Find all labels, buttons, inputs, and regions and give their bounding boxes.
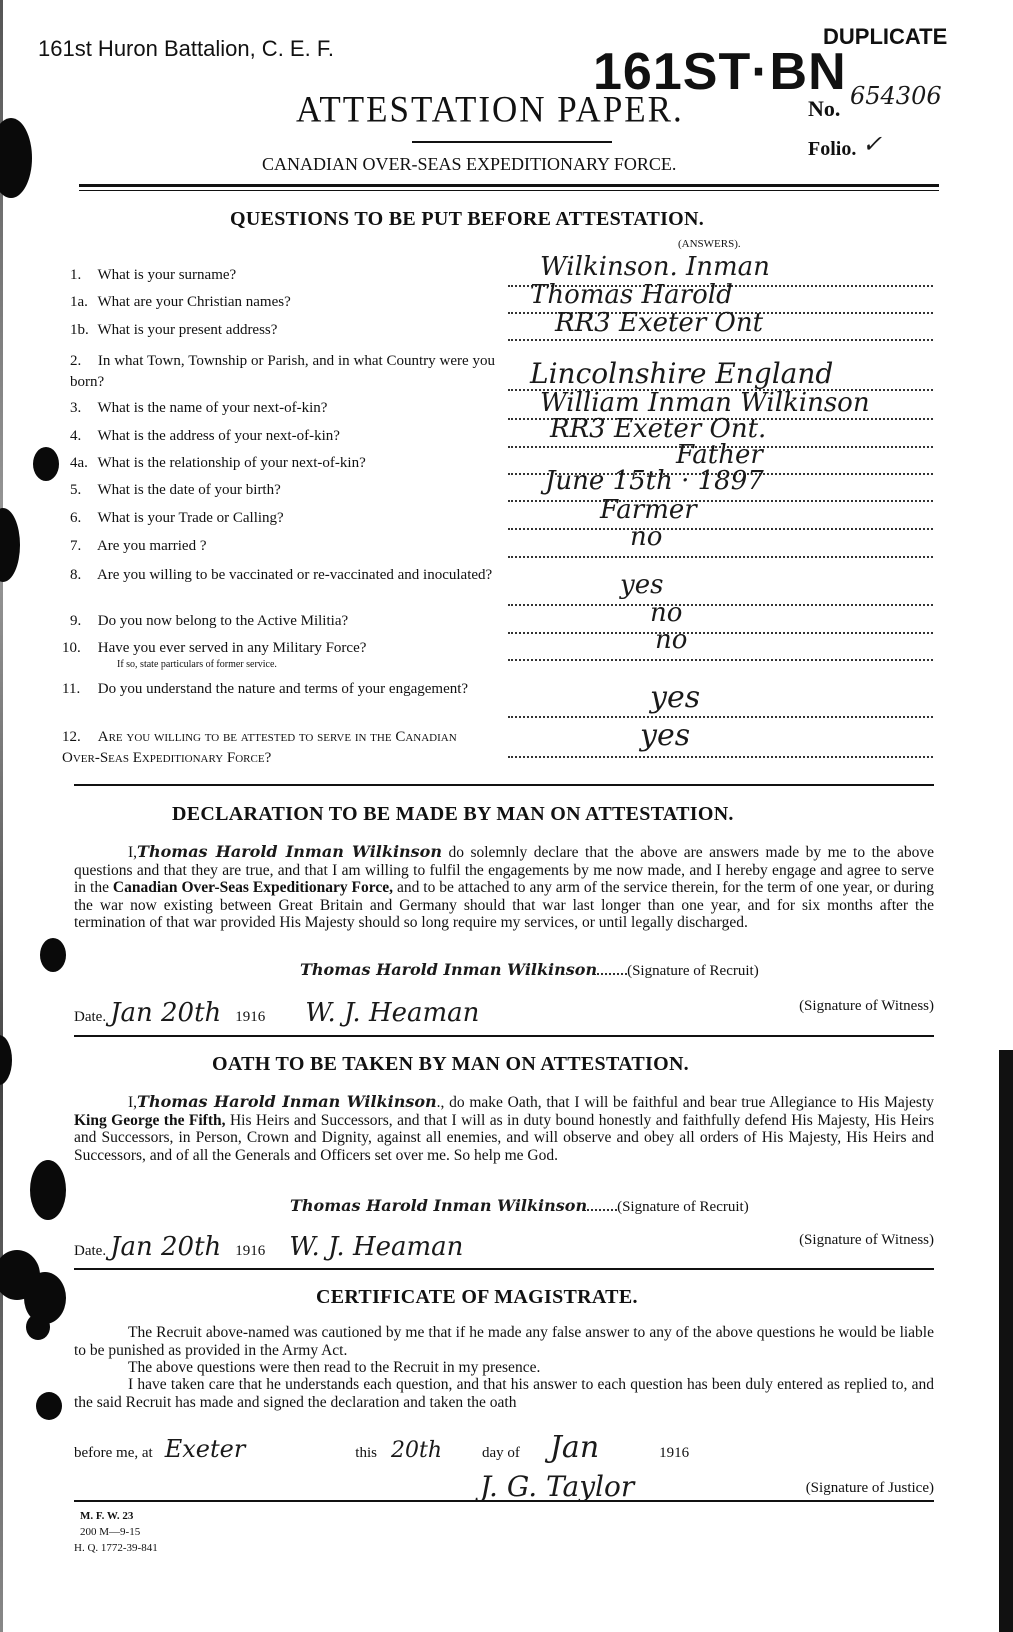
question-number: 10. [62,638,94,659]
attestation-month: Jan [520,1430,659,1465]
duplicate-stamp: DUPLICATE [823,24,947,50]
question-text: What are your Christian names? [97,294,290,310]
question-text: Are you willing to be vaccinated or re-v… [97,567,492,583]
question-number: 8. [70,565,94,586]
answer-birthplace: Lincolnshire England [530,357,833,390]
answer-line [508,499,933,502]
answer-surname: Wilkinson. Inman [540,252,770,282]
signature-label: (Signature of Witness) [799,998,934,1015]
question-item: 4. What is the address of your next-of-k… [70,426,495,447]
oath-name: Thomas Harold Inman Wilkinson [137,1092,437,1111]
declaration-text: I,Thomas Harold Inman Wilkinson do solem… [74,843,934,932]
oath-king-name: King George the Fifth, [74,1112,226,1129]
punch-hole [36,1392,62,1420]
oath-text: I,Thomas Harold Inman Wilkinson., do mak… [74,1093,934,1164]
question-item: 1. What is your surname? [70,265,495,286]
question-number: 5. [70,480,94,501]
recruit-signature: Thomas Harold Inman Wilkinson [290,1196,587,1215]
attestation-year: 1916 [659,1445,689,1461]
answer-line [508,658,933,661]
divider [79,184,939,187]
question-number: 3. [70,398,94,419]
question-number: 2. [70,351,94,372]
hq-reference: H. Q. 1772-39-841 [74,1540,158,1556]
question-item: 1b. What is your present address? [70,320,495,341]
divider [412,141,612,143]
question-item: 11. Do you understand the nature and ter… [62,679,495,700]
justice-signature-row: J. G. Taylor(Signature of Justice) [420,1470,934,1503]
question-item: 8. Are you willing to be vaccinated or r… [70,565,495,586]
date-label: Date. [74,1009,106,1025]
form-code: M. F. W. 23 [74,1508,158,1524]
punch-hole [0,118,32,198]
question-item: 2. In what Town, Township or Parish, and… [70,351,495,393]
divider [74,1500,934,1502]
answer-line [508,603,933,606]
answer-line [508,555,933,558]
witness-signature: W. J. Heaman [265,998,479,1028]
question-text: Do you understand the nature and terms o… [98,681,468,697]
page-edge-shadow [999,1050,1013,1632]
question-text: What is the relationship of your next-of… [97,455,365,471]
punch-hole [30,1160,66,1220]
oath-date-row: Date.Jan 20th1916W. J. Heaman(Signature … [74,1232,934,1262]
answer-military-force: no [655,625,687,655]
punch-hole [33,447,59,481]
question-text: What is the date of your birth? [97,482,280,498]
signature-label: (Signature of Witness) [799,1232,934,1249]
oath-date: Jan 20th [106,1232,235,1262]
answer-line [508,631,933,634]
regimental-number: 654306 [850,82,942,110]
question-text: What is your Trade or Calling? [97,510,283,526]
question-item: 10. Have you ever served in any Military… [62,638,487,671]
answer-willing-to-serve: yes [640,718,690,753]
question-item: 3. What is the name of your next-of-kin? [70,398,495,419]
question-text: What is your surname? [97,267,236,283]
magistrate-place-date-row: before me, atExeterthis20thday ofJan1916 [74,1430,944,1465]
date-label: Date. [74,1243,106,1259]
question-subtext: If so, state particulars of former servi… [62,659,487,671]
oath-recruit-signature-row: Thomas Harold Inman Wilkinson(Signature … [290,1196,749,1216]
questions-heading: QUESTIONS TO BE PUT BEFORE ATTESTATION. [230,208,704,231]
question-text: What is your present address? [97,322,277,338]
answer-vaccinated: yes [620,570,663,600]
answer-married: no [630,522,662,552]
document-title: ATTESTATION PAPER. [296,89,684,131]
question-number: 4a. [70,453,94,474]
folio-checkmark: ✓ [862,130,882,158]
question-number: 1a. [70,292,94,313]
number-label: No. [808,96,840,122]
question-number: 4. [70,426,94,447]
question-number: 11. [62,679,94,700]
question-number: 7. [70,536,94,557]
answer-christian-names: Thomas Harold [530,280,733,310]
question-text: Are you willing to be attested to serve … [62,729,457,766]
declaration-name: Thomas Harold Inman Wilkinson [137,842,442,861]
question-item: 9. Do you now belong to the Active Milit… [70,611,495,632]
oath-heading: OATH TO BE TAKEN BY MAN ON ATTESTATION. [212,1053,689,1076]
answer-active-militia: no [650,598,682,628]
question-item: 7. Are you married ? [70,536,495,557]
question-item: 1a. What are your Christian names? [70,292,495,313]
declaration-year: 1916 [235,1009,265,1025]
declaration-date: Jan 20th [106,998,235,1028]
answer-line [508,715,933,718]
question-number: 12. [62,727,94,748]
declaration-prefix: I, [128,844,137,861]
signature-label: (Signature of Recruit) [617,1199,749,1215]
recruit-signature: Thomas Harold Inman Wilkinson [300,960,597,979]
signature-label: (Signature of Recruit) [627,963,759,979]
question-text: Are you married ? [97,538,207,554]
justice-signature: J. G. Taylor [420,1470,634,1503]
answer-understand-terms: yes [650,680,700,715]
signature-label: (Signature of Justice) [806,1480,934,1497]
this-label: this [355,1445,377,1461]
punch-hole [0,508,20,582]
declaration-heading: DECLARATION TO BE MADE BY MAN ON ATTESTA… [172,803,734,826]
punch-hole [40,938,66,972]
question-text: In what Town, Township or Parish, and in… [70,353,495,390]
question-text: Do you now belong to the Active Militia? [98,613,348,629]
answer-present-address: RR3 Exeter Ont [555,308,763,338]
attestation-day: 20th [377,1438,482,1463]
question-item: 12. Are you willing to be attested to se… [62,727,482,769]
question-item: 6. What is your Trade or Calling? [70,508,495,529]
divider [74,784,934,786]
oath-body: ., do make Oath, that I will be faithful… [437,1094,934,1111]
question-text: What is the address of your next-of-kin? [97,428,339,444]
magistrate-text-3: I have taken care that he understands ea… [74,1376,934,1411]
question-text: What is the name of your next-of-kin? [97,400,327,416]
punch-hole [0,1035,12,1085]
document-subtitle: CANADIAN OVER-SEAS EXPEDITIONARY FORCE. [262,154,676,175]
question-item: 4a. What is the relationship of your nex… [70,453,495,474]
question-item: 5. What is the date of your birth? [70,480,495,501]
question-number: 1b. [70,320,94,341]
declaration-recruit-signature-row: Thomas Harold Inman Wilkinson(Signature … [300,960,759,980]
answer-line [508,755,933,758]
print-run: 200 M—9-15 [74,1524,158,1540]
before-label: before me, at [74,1445,153,1461]
magistrate-text-1: The Recruit above-named was cautioned by… [74,1324,934,1359]
question-number: 6. [70,508,94,529]
magistrate-text-2: The above questions were then read to th… [74,1359,934,1377]
day-of-label: day of [482,1445,520,1461]
punch-hole [26,1314,50,1340]
divider [74,1035,934,1037]
form-codes: M. F. W. 23 200 M—9-15 H. Q. 1772-39-841 [74,1508,158,1556]
question-number: 1. [70,265,94,286]
magistrate-heading: CERTIFICATE OF MAGISTRATE. [316,1286,638,1309]
oath-prefix: I, [128,1094,137,1111]
oath-year: 1916 [235,1243,265,1259]
attestation-place: Exeter [153,1435,356,1463]
answers-heading: (ANSWERS). [678,238,741,250]
declaration-date-row: Date.Jan 20th1916W. J. Heaman(Signature … [74,998,934,1028]
battalion-name: 161st Huron Battalion, C. E. F. [38,36,334,62]
answer-date-of-birth: June 15th · 1897 [545,466,764,496]
page-edge [0,0,3,1632]
answer-line [508,338,933,341]
question-text: Have you ever served in any Military For… [98,640,367,656]
declaration-force-name: Canadian Over-Seas Expeditionary Force, [113,879,393,896]
answer-trade: Farmer [600,495,697,525]
answer-line [508,527,933,530]
divider [79,190,939,191]
witness-signature: W. J. Heaman [265,1232,463,1262]
folio-label: Folio. [808,138,856,161]
divider [74,1268,934,1270]
question-number: 9. [70,611,94,632]
